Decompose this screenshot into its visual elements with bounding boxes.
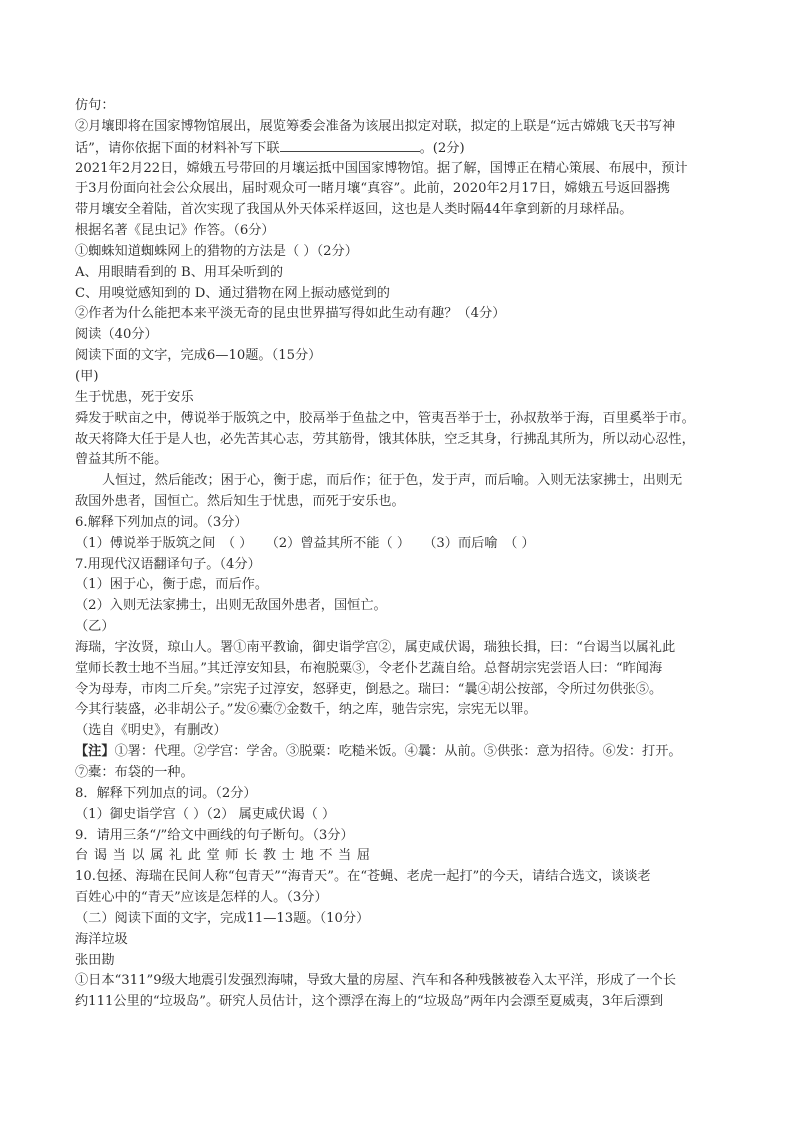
line-q6-items: （1）傅说举于版筑之间 （ ） （2）曾益其所不能（ ） （3）而后喻 （ ） [75,534,725,555]
line-material-3: 带月壤安全着陆，首次实现了我国从外天体采样返回，这也是人类时隔44年拿到新的月球… [75,200,725,221]
line-passage-yi-label: （乙） [75,617,725,638]
line-notes: 【注】①署：代理。②学宫：学舍。③脱粟：吃糙米饭。④曩：从前。⑤供张：意为招待。… [75,742,725,763]
line-insect-q2: ②作者为什么能把本来平淡无奇的昆虫世界描写得如此生动有趣？（4分） [75,304,725,325]
line-q10-cont: 百姓心中的“青天”应该是怎样的人。（3分） [75,888,725,909]
line-q7-item1: （1）困于心，衡于虑，而后作。 [75,575,725,596]
line-passage-jia-3: 曾益其所不能。 [75,450,725,471]
line-article-p1: ①日本“311”9级大地震引发强烈海啸，导致大量的房屋、汽车和各种残骸被卷入太平… [75,971,725,992]
document-page: 仿句： ②月壤即将在国家博物馆展出，展览筹委会准备为该展出拟定对联，拟定的上联是… [75,96,725,1013]
line-section-two-heading: （二）阅读下面的文字，完成11—13题。（10分） [75,909,725,930]
notes-label: 【注】 [75,744,115,759]
line-couplet-blank: 话”，请你依据下面的材料补写下联。(2分) [75,138,725,159]
line-insect-options-cd: C、用嗅觉感知到的 D、通过猎物在网上振动感觉到的 [75,284,725,305]
line-q7-item2: （2）入则无法家拂士，出则无敌国外患者，国恒亡。 [75,596,725,617]
notes-text: ①署：代理。②学宫：学舍。③脱粟：吃糙米饭。④曩：从前。⑤供张：意为招待。⑥发：… [115,744,682,759]
line-passage-jia-5: 敌国外患者，国恒亡。然后知生于忧患，而死于安乐也。 [75,492,725,513]
line-passage-yi-1: 海瑞，字汝贤，琼山人。署①南平教谕，御史诣学宫②，属吏咸伏谒，瑞独长揖，曰：“台… [75,638,725,659]
line-imitation-heading: 仿句： [75,96,725,117]
line-notes-cont: ⑦橐：布袋的一种。 [75,763,725,784]
line-article-title: 海洋垃圾 [75,930,725,951]
line-q7: 7.用现代汉语翻译句子。（4分） [75,555,725,576]
line-passage-jia-4: 人恒过，然后能改；困于心，衡于虑，而后作；征于色，发于声，而后喻。入则无法家拂士… [75,471,725,492]
line-couplet-prompt: ②月壤即将在国家博物馆展出，展览筹委会准备为该展出拟定对联，拟定的上联是“远古嫦… [75,117,725,138]
line-q8: 8．解释下列加点的词。（2分） [75,784,725,805]
line-q10: 10.包拯、海瑞在民间人称“包青天”“海青天”。在“苍蝇、老虎一起打”的今天，请… [75,867,725,888]
line-passage-yi-4: 今其行装盛，必非胡公子。”发⑥橐⑦金数千，纳之库，驰告宗宪，宗宪无以罪。 [75,700,725,721]
line-material-1: 2021年2月22日，嫦娥五号带回的月壤运抵中国国家博物馆。据了解，国博正在精心… [75,159,725,180]
line-reading-instruction: 阅读下面的文字，完成6—10题。（15分） [75,346,725,367]
line-q6: 6.解释下列加点的词。（3分） [75,513,725,534]
couplet-prompt-text: 话”，请你依据下面的材料补写下联 [75,141,280,156]
answer-blank[interactable] [280,138,420,152]
line-insect-options-ab: A、用眼睛看到的 B、用耳朵听到的 [75,263,725,284]
line-source: （选自《明史》，有删改） [75,721,725,742]
line-passage-jia-label: (甲) [75,367,725,388]
line-passage-jia-title: 生于忧患，死于安乐 [75,388,725,409]
couplet-score-text: 。(2分) [420,141,465,156]
line-insect-q1: ①蜘蛛知道蜘蛛网上的猎物的方法是（ ）（2分） [75,242,725,263]
line-q9: 9．请用三条“/”给文中画线的句子断句。（3分） [75,826,725,847]
line-passage-yi-2: 堂师长教士地不当屈。”其迁淳安知县，布袍脱粟③，令老仆艺蔬自给。总督胡宗宪尝语人… [75,659,725,680]
line-article-p1-cont: 约111公里的“垃圾岛”。研究人员估计，这个漂浮在海上的“垃圾岛”两年内会漂至夏… [75,992,725,1013]
line-article-author: 张田勘 [75,951,725,972]
line-insect-heading: 根据名著《昆虫记》作答。（6分） [75,221,725,242]
line-passage-jia-1: 舜发于畎亩之中，傅说举于版筑之中，胶鬲举于鱼盐之中，管夷吾举于士，孙叔敖举于海，… [75,409,725,430]
line-material-2: 于3月份面向社会公众展出，届时观众可一睹月壤“真容”。此前，2020年2月17日… [75,179,725,200]
line-passage-jia-2: 故天将降大任于是人也，必先苦其心志，劳其筋骨，饿其体肤，空乏其身，行拂乱其所为，… [75,430,725,451]
line-reading-heading: 阅读（40分） [75,325,725,346]
line-passage-yi-3: 令为母寿，市肉二斤矣。”宗宪子过淳安，怒驿吏，倒悬之。瑞曰：“曩④胡公按部，令所… [75,680,725,701]
line-q9-sentence: 台谒当以属礼此堂师长教士地不当屈 [75,846,725,867]
line-q8-items: （1）御史诣学宫（ ）（2） 属吏咸伏谒（ ） [75,805,725,826]
